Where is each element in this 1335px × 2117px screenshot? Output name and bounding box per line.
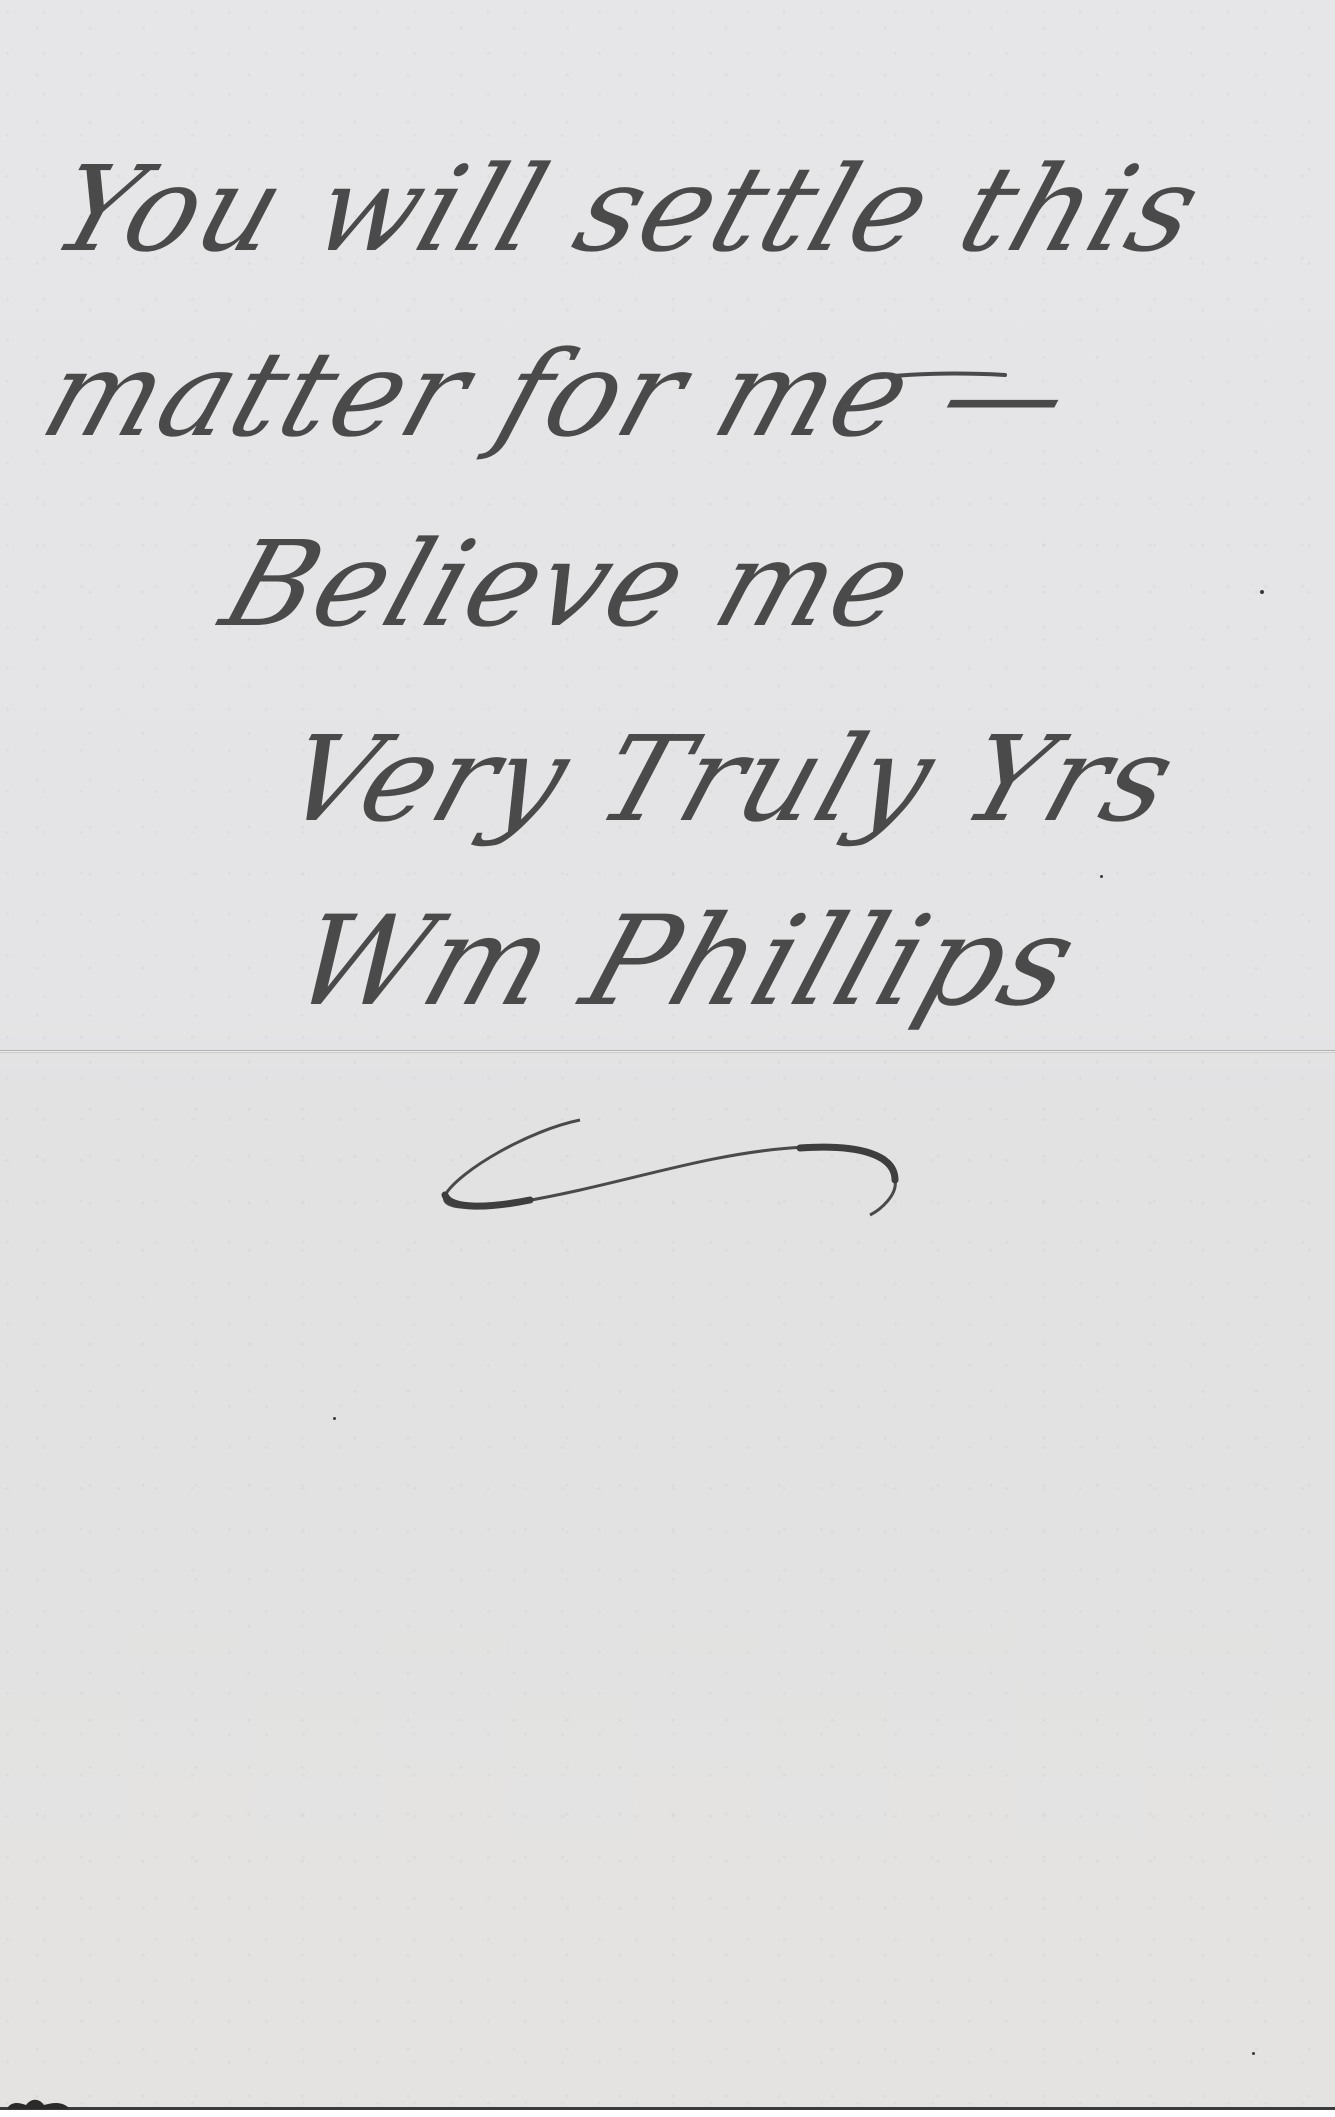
signature: Wm Phillips	[280, 900, 1092, 1024]
closing-very-truly-yours: Very Truly Yrs	[271, 720, 1190, 838]
closing-believe-me: Believe me	[211, 525, 927, 643]
paper-speck	[333, 1417, 336, 1420]
paper-speck	[1260, 590, 1264, 594]
signature-flourish-icon	[440, 1110, 920, 1220]
letter-line-2: matter for me —	[31, 335, 1086, 453]
letter-page: You will settle this matter for me — Bel…	[0, 0, 1335, 2110]
paper-fold-line	[0, 1050, 1335, 1053]
paper-speck	[1252, 2052, 1255, 2055]
ink-dash-icon	[870, 370, 1010, 380]
paper-speck	[1100, 875, 1103, 878]
torn-corner-icon	[8, 2095, 68, 2109]
letter-line-1: You will settle this	[41, 150, 1215, 268]
